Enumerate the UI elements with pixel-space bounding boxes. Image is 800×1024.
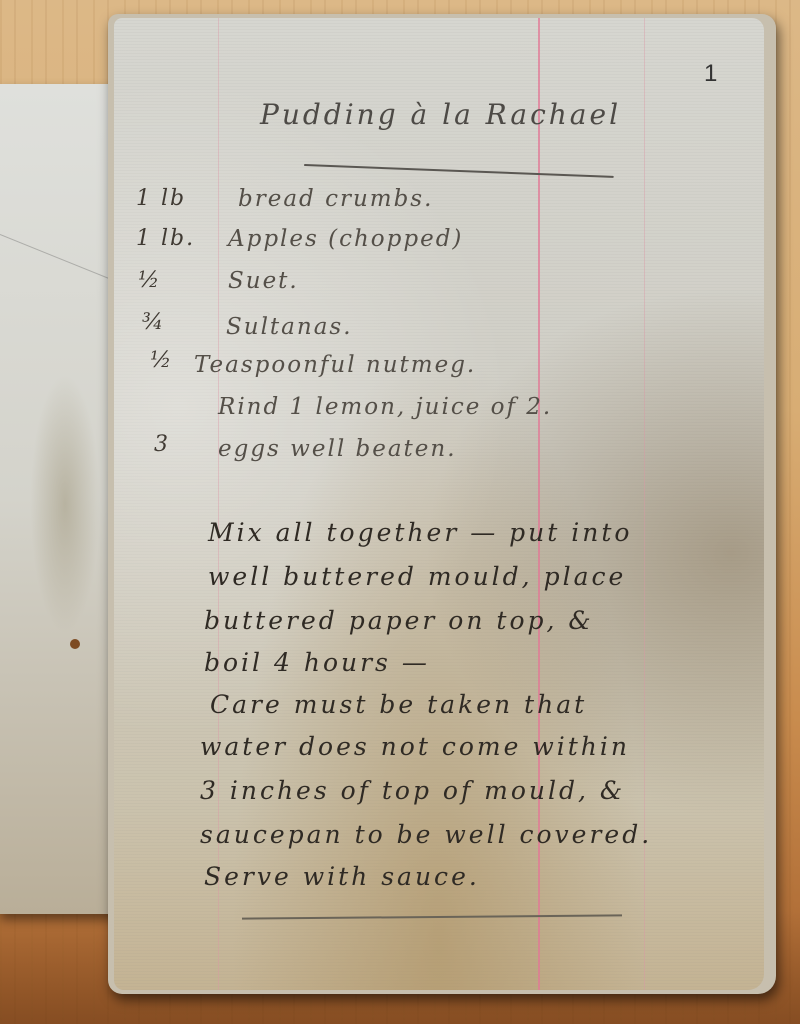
method-line: buttered paper on top, & xyxy=(204,606,594,635)
ingredient-qty: 3 xyxy=(154,432,170,457)
ingredient-qty: ½ xyxy=(150,348,173,373)
method-line: water does not come within xyxy=(200,732,630,761)
ingredient-item: Teaspoonful nutmeg. xyxy=(194,352,476,378)
ingredient-qty: ¾ xyxy=(142,310,165,335)
ingredient-item: Rind 1 lemon, juice of 2. xyxy=(218,394,552,420)
method-line: Mix all together — put into xyxy=(208,518,632,547)
method-line: Care must be taken that xyxy=(210,690,587,719)
ingredient-item: eggs well beaten. xyxy=(218,436,457,462)
closing-rule xyxy=(242,914,622,919)
water-stain xyxy=(30,374,100,634)
ingredient-item: Apples (chopped) xyxy=(228,226,463,252)
ingredient-item: Sultanas. xyxy=(226,314,353,340)
method-line: well buttered mould, place xyxy=(208,562,626,591)
method-line: 3 inches of top of mould, & xyxy=(200,776,625,805)
method-line: saucepan to be well covered. xyxy=(200,820,652,849)
ingredient-qty: 1 lb xyxy=(136,186,186,211)
recipe-page: 1 Pudding à la Rachael 1 lb bread crumbs… xyxy=(114,18,764,990)
method-line: Serve with sauce. xyxy=(204,862,480,891)
method-line: boil 4 hours — xyxy=(204,648,430,677)
ingredient-qty: 1 lb. xyxy=(136,226,195,251)
title-underline xyxy=(304,164,614,178)
ingredient-item: bread crumbs. xyxy=(238,186,433,212)
rust-spot xyxy=(70,639,80,649)
page-number: 1 xyxy=(704,60,719,88)
recipe-title: Pudding à la Rachael xyxy=(260,98,621,131)
ingredient-qty: ½ xyxy=(138,268,161,293)
ingredient-item: Suet. xyxy=(228,268,299,294)
